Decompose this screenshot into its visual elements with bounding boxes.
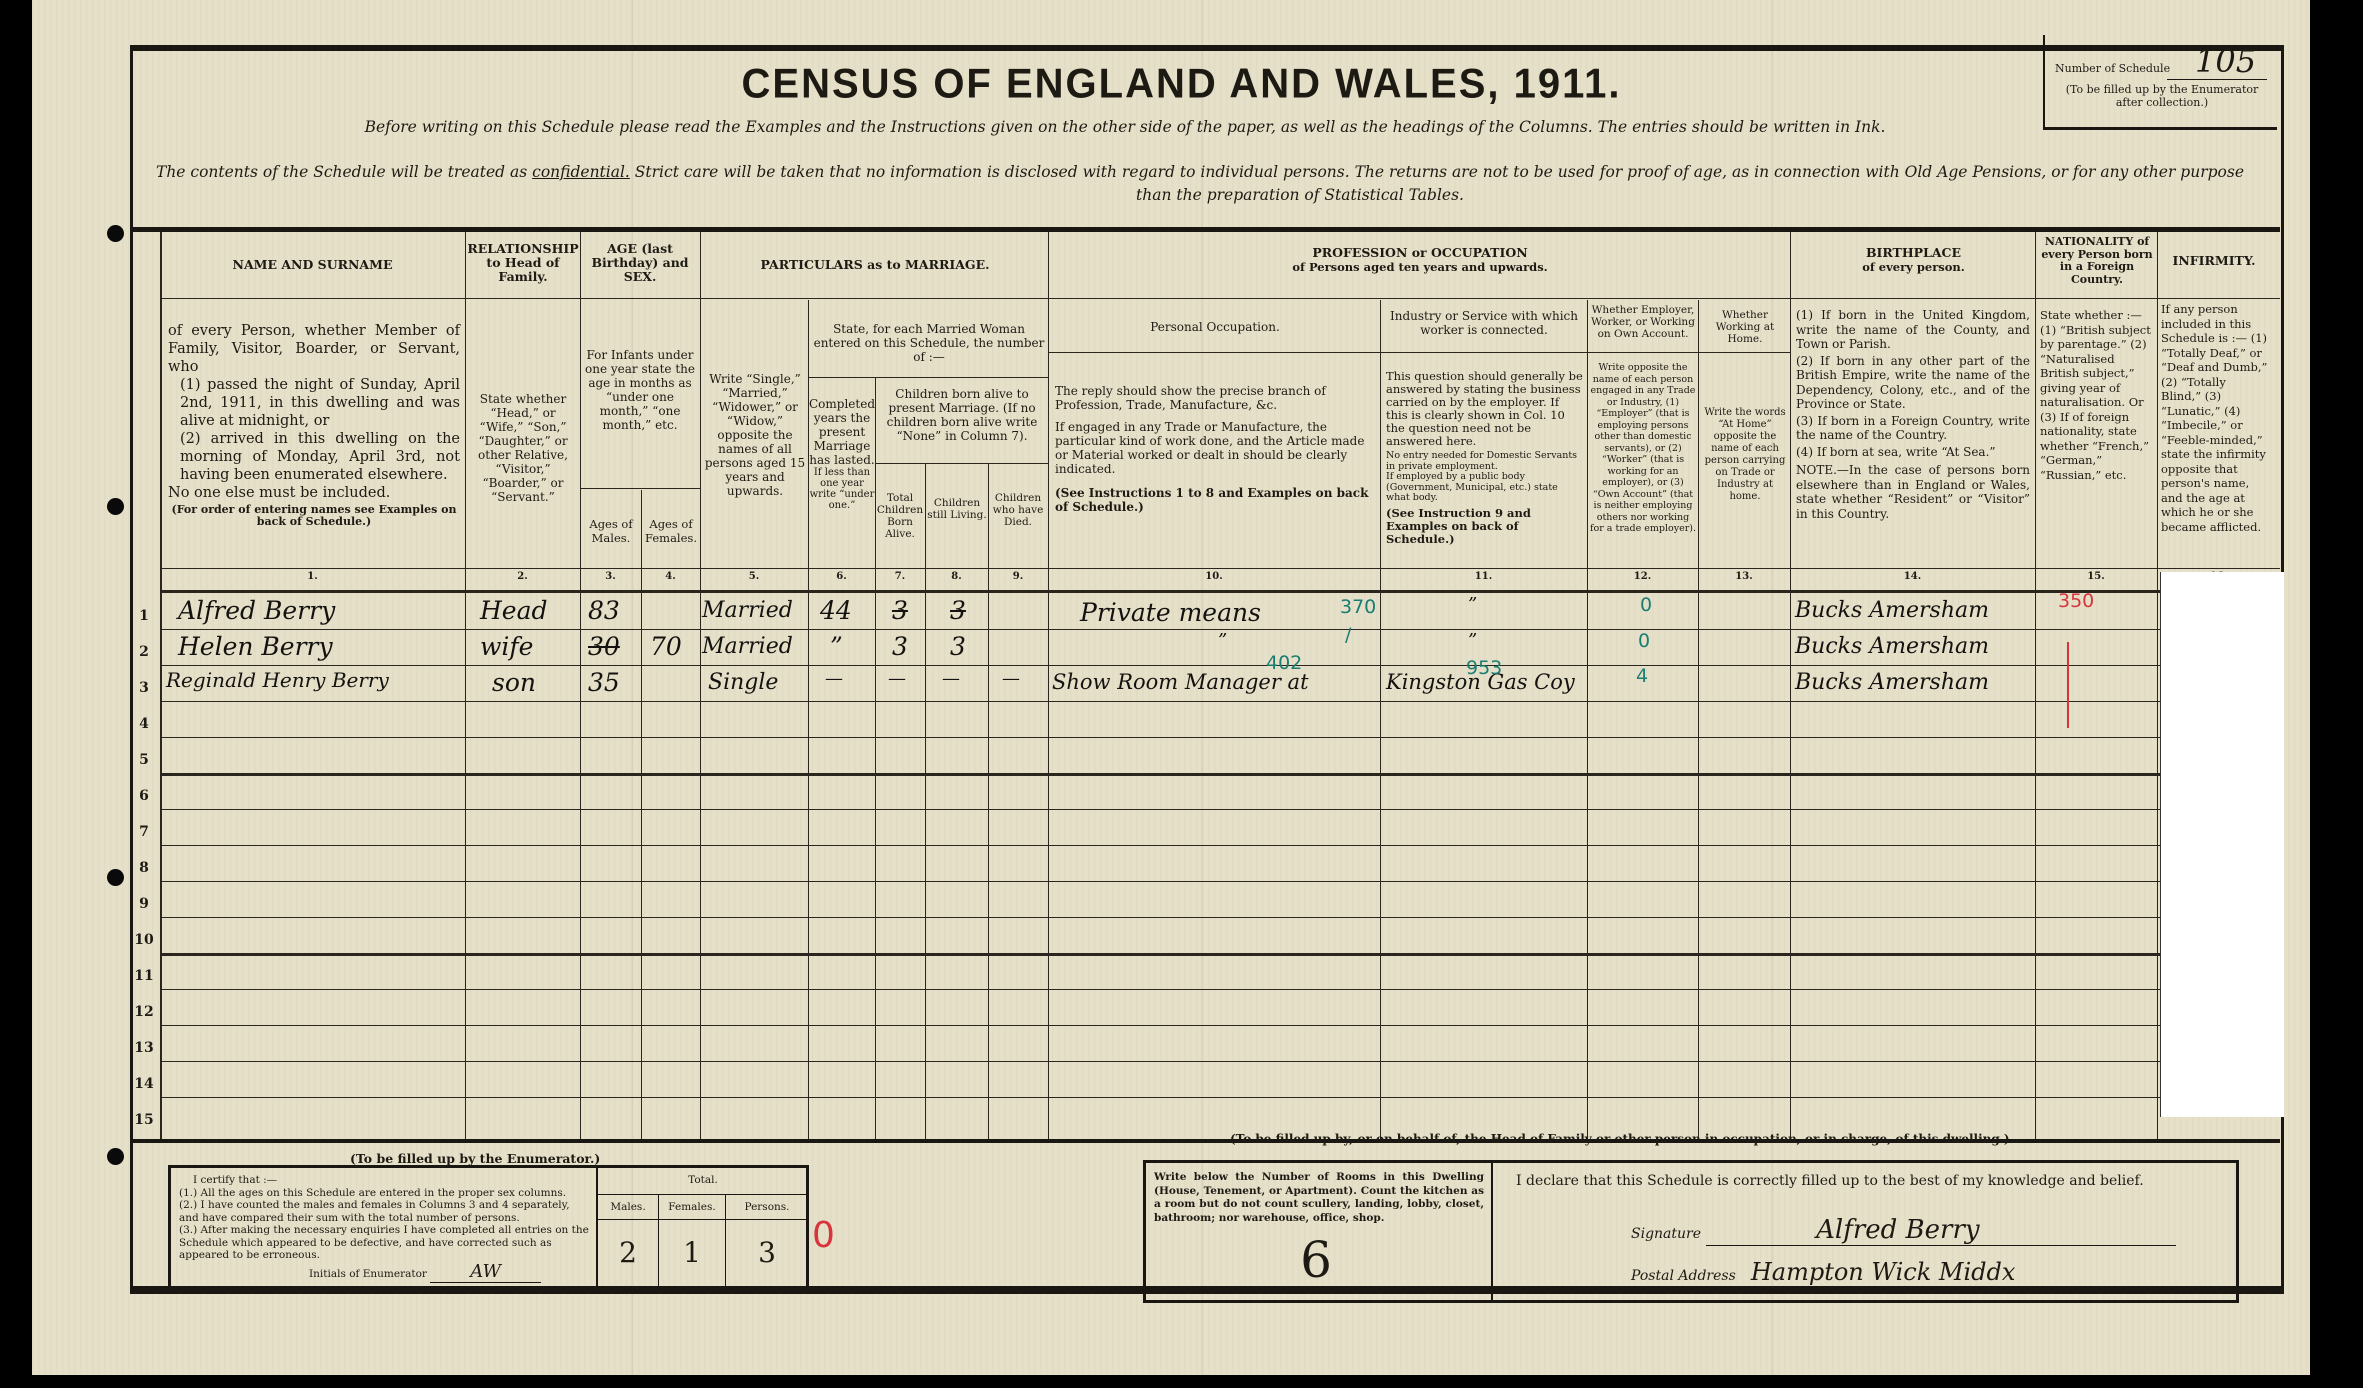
column-number: 8. [925,571,988,582]
column-number: 10. [1048,571,1380,582]
enumerator-section-title: (To be filled up by the Enumerator.) [350,1151,600,1166]
total-persons: 3 [726,1220,808,1286]
enumerator-initials: AW [430,1261,541,1283]
rooms-count: 6 [1266,1231,1366,1290]
industry-heading: Industry or Service with which worker is… [1384,309,1584,337]
heading-relationship: RELATIONSHIP to Head of Family. [467,242,579,284]
red-pencil-line [2067,642,2069,728]
row-number: 8 [130,860,158,876]
column-number: 11. [1380,571,1587,582]
personal-occupation-description: The reply should show the precise branch… [1055,384,1373,514]
cell-age-male-struck: 30 [588,632,620,661]
head-of-family-box: Write below the Number of Rooms in this … [1143,1160,2239,1303]
total-males: 2 [598,1220,659,1286]
column-number: 14. [1790,571,2035,582]
persons-label: Persons. [726,1195,808,1219]
signature: Alfred Berry [1706,1215,2176,1246]
signature-label: Signature [1631,1226,1701,1242]
industry-description: This question should generally be answer… [1386,370,1584,546]
row-number: 5 [130,752,158,768]
row-number: 11 [130,968,158,984]
cell-nationality-mark: 350 [2058,590,2094,612]
cell-name: Alfred Berry [178,596,335,625]
enumerator-box: I certify that :— (1.) All the ages on t… [168,1165,809,1291]
cell-relationship: wife [480,632,533,661]
nationality-description: State whether :— (1) “British subject by… [2040,308,2154,482]
row-number: 12 [130,1004,158,1020]
column-number: 4. [641,571,700,582]
column-number: 6. [808,571,875,582]
redacted-infirmity-column [2160,572,2284,1117]
column-number: 12. [1587,571,1698,582]
heading-name: NAME AND SURNAME [160,258,465,272]
age-males-label: Ages of Males. [582,517,640,545]
cell-occupation: ” [1218,630,1227,651]
postal-address: Hampton Wick Middx [1741,1258,2191,1287]
cell-children-died: — [1002,668,1020,689]
occupation-code-tick: / [1345,624,1351,646]
cell-children-living: 3 [950,596,966,625]
cell-relationship: son [492,668,536,697]
initials-label: Initials of Enumerator [309,1268,427,1280]
cell-children-born: 3 [892,596,908,625]
cell-employer: 0 [1638,630,1650,652]
cell-industry-code: 953 [1466,657,1502,679]
children-living-label: Children still Living. [926,497,988,521]
red-check-mark: 0 [812,1215,835,1256]
cell-name: Helen Berry [178,632,333,661]
cell-birthplace: Bucks Amersham [1795,670,1989,695]
name-description: of every Person, whether Member of Famil… [168,322,460,528]
totals-table: Total. Males. Females. Persons. 2 1 3 [596,1168,808,1288]
cell-age-male: 35 [588,668,620,697]
females-label: Females. [659,1195,726,1219]
binder-hole [107,498,124,515]
cell-condition: Married [702,634,793,659]
row-number: 13 [130,1040,158,1056]
years-married-description: Completed years the present Marriage has… [809,397,875,511]
totals-label: Total. [598,1168,808,1195]
column-number: 7. [875,571,925,582]
age-description: For Infants under one year state the age… [582,348,698,432]
employer-description: Write opposite the name of each person e… [1589,362,1697,535]
row-number: 1 [130,608,158,624]
column-number: 1. [160,571,465,582]
children-born-label: Total Children Born Alive. [876,492,924,540]
row-number: 14 [130,1076,158,1092]
personal-occupation-heading: Personal Occupation. [1050,320,1380,334]
declaration: I declare that this Schedule is correctl… [1516,1173,2144,1189]
cell-industry: ” [1468,630,1477,651]
children-description: Children born alive to present Marriage.… [878,387,1046,443]
confidential-text-post: Strict care will be taken that no inform… [630,163,2244,181]
row-number: 4 [130,716,158,732]
row-number: 9 [130,896,158,912]
cell-occupation-code: 370 [1340,596,1376,618]
confidential-text-pre: The contents of the Schedule will be tre… [156,163,532,181]
cell-children-born: — [888,668,906,689]
row-number: 2 [130,644,158,660]
rooms-cell: Write below the Number of Rooms in this … [1146,1163,1493,1300]
column-number: 9. [988,571,1048,582]
column-number: 15. [2035,571,2157,582]
employer-heading: Whether Employer, Worker, or Working on … [1589,304,1697,340]
binder-hole [107,1148,124,1165]
heading-occupation-subtitle: of Persons aged ten years and upwards. [1050,260,1790,274]
binder-hole [107,225,124,242]
heading-marriage: PARTICULARS as to MARRIAGE. [702,258,1048,272]
confidential-line-2: than the preparation of Statistical Tabl… [1050,186,1550,204]
cell-occupation: Private means [1080,598,1261,627]
cell-occupation-code: 402 [1266,652,1302,674]
postal-address-label: Postal Address [1631,1268,1736,1284]
cell-children-living: 3 [950,632,966,661]
enumerator-certification: I certify that :— (1.) All the ages on t… [179,1174,589,1280]
column-number: 13. [1698,571,1790,582]
heading-occupation-title: PROFESSION or OCCUPATION [1050,246,1790,260]
relationship-description: State whether “Head,” or “Wife,” “Son,” … [470,392,576,504]
heading-occupation: PROFESSION or OCCUPATION of Persons aged… [1050,246,1790,274]
home-description: Write the words “At Home” opposite the n… [1700,407,1790,503]
children-died-label: Children who have Died. [989,492,1047,528]
column-number: 2. [465,571,580,582]
cell-birthplace: Bucks Amersham [1795,634,1989,659]
cell-years-married: 44 [820,596,852,625]
condition-description: Write “Single,” “Married,” “Widower,” or… [704,372,806,498]
column-number: 3. [580,571,641,582]
cell-condition: Married [702,598,793,623]
cell-age-male: 83 [588,596,620,625]
heading-age: AGE (last Birthday) and SEX. [582,242,698,284]
cell-years-married: ” [830,632,843,661]
cell-industry: ” [1468,594,1477,615]
cell-employer: 0 [1640,594,1652,616]
cell-age-female: 70 [650,632,682,661]
cell-condition: Single [708,670,778,695]
schedule-number-note: (To be filled up by the Enumerator after… [2051,83,2273,109]
binder-hole [107,869,124,886]
confidential-line: The contents of the Schedule will be tre… [150,163,2250,181]
head-section-title: (To be filled up by, or on behalf of, th… [1230,1132,2010,1146]
heading-birthplace: BIRTHPLACE of every person. [1792,246,2035,274]
birthplace-description: (1) If born in the United Kingdom, write… [1796,308,2030,521]
cell-name: Reginald Henry Berry [166,668,389,692]
rooms-description: Write below the Number of Rooms in this … [1154,1171,1484,1225]
row-number: 3 [130,680,158,696]
heading-infirmity: INFIRMITY. [2159,254,2269,268]
schedule-number-label: Number of Schedule [2055,62,2170,75]
heading-birthplace-subtitle: of every person. [1792,260,2035,274]
row-number: 7 [130,824,158,840]
confidential-word: confidential. [532,163,630,181]
row-number: 15 [130,1112,158,1128]
cell-relationship: Head [480,596,548,625]
cell-birthplace: Bucks Amersham [1795,598,1989,623]
age-females-label: Ages of Females. [642,517,700,545]
males-label: Males. [598,1195,659,1219]
column-number: 5. [700,571,808,582]
schedule-number: 105 [2167,43,2267,80]
row-number: 6 [130,788,158,804]
home-heading: Whether Working at Home. [1700,309,1790,345]
cell-years-married: — [825,668,843,689]
infirmity-description: If any person included in this Schedule … [2161,302,2268,534]
instruction-line: Before writing on this Schedule please r… [300,118,1950,136]
schedule-number-box: Number of Schedule 105 (To be filled up … [2043,35,2277,130]
heading-nationality: NATIONALITY of every Person born in a Fo… [2037,236,2157,286]
row-number: 10 [130,932,158,948]
cell-children-living: — [942,668,960,689]
page-title: CENSUS OF ENGLAND AND WALES, 1911. [0,61,2363,108]
heading-birthplace-title: BIRTHPLACE [1792,246,2035,260]
married-woman-description: State, for each Married Woman entered on… [812,322,1046,364]
cell-children-born: 3 [892,632,908,661]
total-females: 1 [659,1220,726,1286]
cell-employer: 4 [1636,665,1648,687]
census-table: NAME AND SURNAME RELATIONSHIP to Head of… [130,227,2280,1143]
